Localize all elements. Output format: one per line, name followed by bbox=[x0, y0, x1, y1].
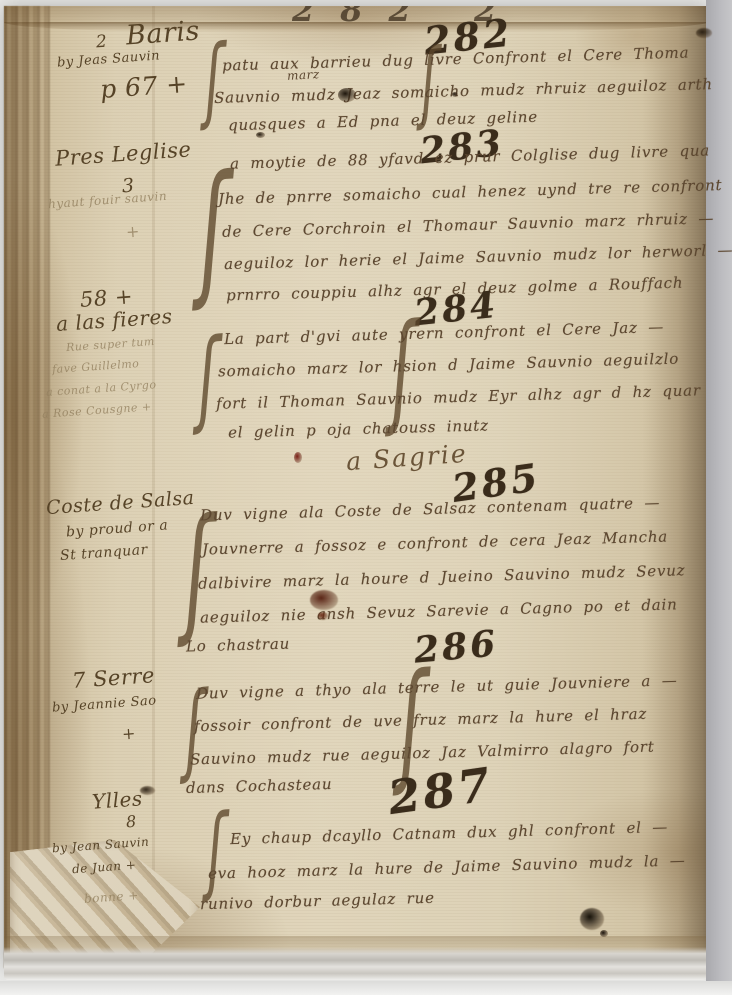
ink-blot bbox=[140, 786, 155, 795]
entry-number: 286 bbox=[412, 622, 499, 671]
ink-blot bbox=[696, 28, 712, 38]
ink-blot bbox=[580, 908, 604, 930]
margin-note: Baris bbox=[125, 15, 201, 51]
margin-note: 8 bbox=[125, 812, 137, 832]
margin-note: p 67 + bbox=[99, 69, 188, 104]
margin-note: 2 bbox=[95, 32, 108, 53]
ink-blot bbox=[452, 92, 458, 97]
ink-blot bbox=[256, 132, 265, 138]
ink-blot bbox=[338, 88, 356, 102]
ink-blot bbox=[600, 930, 608, 937]
ink-blot bbox=[294, 452, 302, 463]
margin-note: + bbox=[125, 222, 140, 242]
ink-blot bbox=[318, 612, 328, 620]
entry-brace-flourish: ʃ bbox=[206, 799, 225, 902]
manuscript-scan-page: 282 26 282ʃʃpatu aux barrieu dug livre C… bbox=[0, 0, 732, 995]
margin-note: + bbox=[121, 724, 136, 744]
interline-superscript: marz bbox=[287, 67, 320, 83]
entry-brace-flourish: ʃ bbox=[197, 321, 218, 434]
entry-brace-flourish: ʃ bbox=[204, 29, 223, 130]
underlying-page-edges bbox=[4, 936, 708, 980]
scanner-background-bottom bbox=[0, 981, 732, 995]
binding-stain-edge bbox=[4, 6, 50, 968]
margin-note: Ylles bbox=[91, 786, 143, 813]
ink-blot bbox=[310, 590, 338, 610]
entry-body-line: Lo chastrau bbox=[186, 635, 291, 656]
